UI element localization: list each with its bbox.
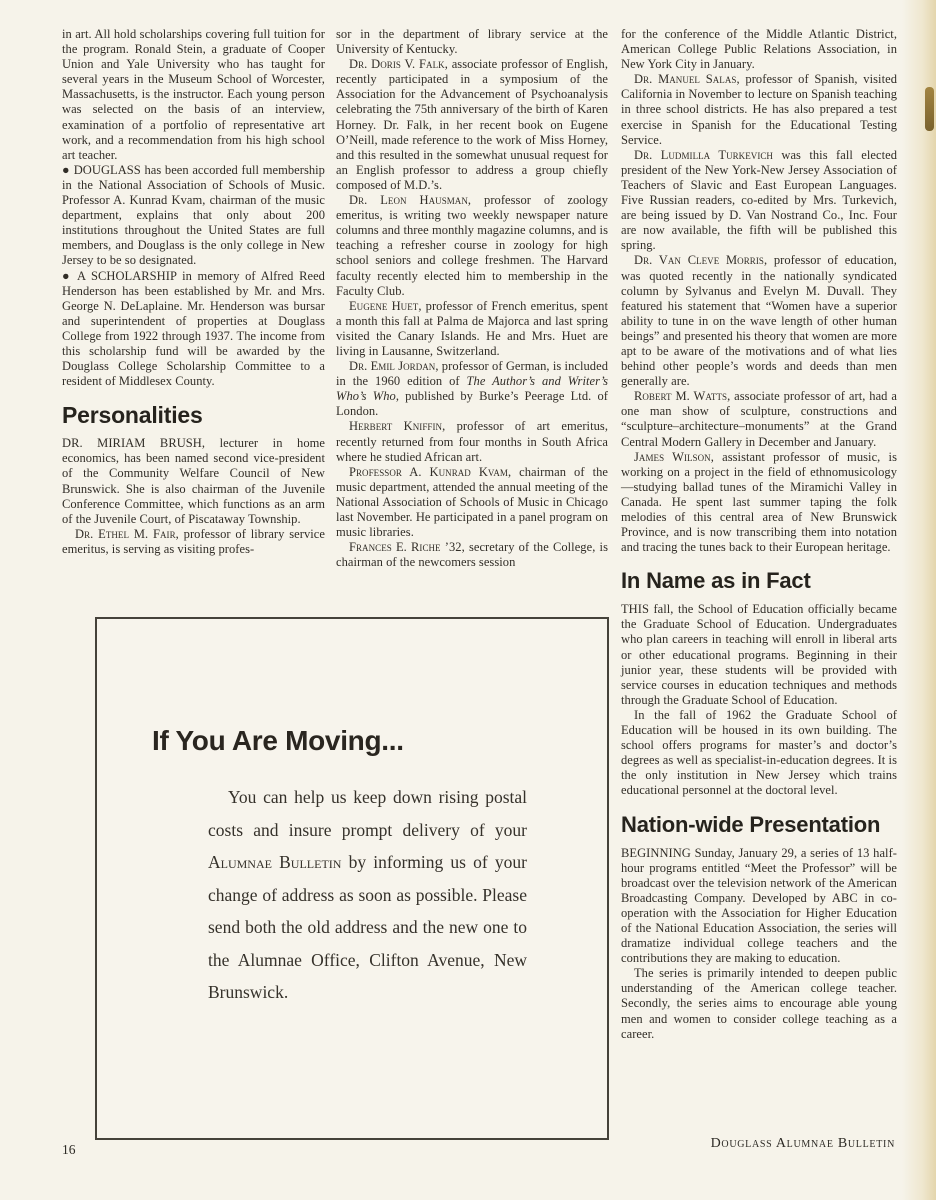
text-segment: , associate professor of English, recent… [336,57,608,192]
section-heading: Nation-wide Presentation [621,813,897,837]
text-segment: , professor of education, was quoted rec… [621,253,897,388]
text-segment: in art. All hold scholarships covering f… [62,27,325,162]
journal-name: Douglass Alumnae Bulletin [711,1136,895,1152]
paragraph: Dr. Ludmilla Turkevich was this fall ele… [621,148,897,254]
person-name: Dr. Van Cleve Morris [634,253,764,267]
section-heading: In Name as in Fact [621,569,897,593]
person-name: Dr. Ludmilla Turkevich [634,148,773,162]
paragraph: Robert M. Watts, associate professor of … [621,389,897,449]
magazine-page: in art. All hold scholarships covering f… [0,0,936,1200]
text-segment: for the conference of the Middle Atlanti… [621,27,897,71]
person-name: Herbert Kniffin [349,419,442,433]
moving-notice-title: If You Are Moving... [152,725,404,757]
paragraph: DR. MIRIAM BRUSH, lecturer in home econo… [62,436,325,527]
text-segment: ● DOUGLASS has been accorded full member… [62,163,325,268]
paragraph: Dr. Van Cleve Morris, professor of educa… [621,253,897,389]
text-segment: The series is primarily intended to deep… [621,966,897,1040]
text-segment: BEGINNING Sunday, January 29, a series o… [621,846,897,966]
person-name: Dr. Leon Hausman [349,193,468,207]
person-name: Professor A. Kunrad Kvam [349,465,508,479]
page-edge-shading [902,0,936,1200]
person-name: Frances E. Riche [349,540,441,554]
person-name: Dr. Emil Jordan [349,359,435,373]
person-name: Robert M. Watts [634,389,727,403]
paragraph: In the fall of 1962 the Graduate School … [621,708,897,799]
paragraph: Dr. Emil Jordan, professor of German, is… [336,359,608,419]
page-number: 16 [62,1142,76,1158]
paragraph: ● DOUGLASS has been accorded full member… [62,163,325,269]
person-name: James Wilson [634,450,711,464]
text-segment: by informing us of your change of addres… [208,852,527,1002]
paragraph: Herbert Kniffin, professor of art emerit… [336,419,608,464]
person-name: Dr. Manuel Salas [634,72,736,86]
text-segment: You can help us keep down rising postal … [208,787,527,840]
person-name: Dr. Doris V. Falk [349,57,445,71]
moving-notice-body: You can help us keep down rising postal … [208,781,527,1009]
paragraph: Dr. Manuel Salas, professor of Spanish, … [621,72,897,147]
paragraph: for the conference of the Middle Atlanti… [621,27,897,72]
paragraph: THIS fall, the School of Education offic… [621,602,897,708]
text-segment: In the fall of 1962 the Graduate School … [621,708,897,797]
paragraph: BEGINNING Sunday, January 29, a series o… [621,846,897,967]
person-name: Alumnae Bulletin [208,852,341,872]
paragraph: James Wilson, assistant professor of mus… [621,450,897,556]
paragraph: Dr. Ethel M. Fair, professor of library … [62,527,325,557]
text-column-middle: sor in the department of library service… [336,27,608,570]
paragraph: Frances E. Riche ’32, secretary of the C… [336,540,608,570]
paragraph: in art. All hold scholarships covering f… [62,27,325,163]
paragraph: sor in the department of library service… [336,27,608,57]
paragraph: Dr. Doris V. Falk, associate professor o… [336,57,608,193]
person-name: Dr. Ethel M. Fair [75,527,176,541]
moving-notice-box: If You Are Moving... You can help us kee… [95,617,609,1140]
text-segment: , professor of zoology emeritus, is writ… [336,193,608,298]
text-segment: , assistant professor of music, is worki… [621,450,897,555]
paragraph: ● A SCHOLARSHIP in memory of Alfred Reed… [62,269,325,390]
text-column-right: for the conference of the Middle Atlanti… [621,27,897,1042]
text-column-left: in art. All hold scholarships covering f… [62,27,325,557]
page-edge-stain [925,87,934,131]
text-segment: THIS fall, the School of Education offic… [621,602,897,707]
paragraph: The series is primarily intended to deep… [621,966,897,1041]
section-heading: Personalities [62,403,325,427]
paragraph: Dr. Leon Hausman, professor of zoology e… [336,193,608,299]
paragraph: Eugene Huet, professor of French emeritu… [336,299,608,359]
paragraph: Professor A. Kunrad Kvam, chairman of th… [336,465,608,540]
text-segment: sor in the department of library service… [336,27,608,56]
text-segment: DR. MIRIAM BRUSH, lecturer in home econo… [62,436,325,525]
text-segment: ● A SCHOLARSHIP in memory of Alfred Reed… [62,269,325,389]
text-segment: was this fall elected president of the N… [621,148,897,253]
person-name: Eugene Huet [349,299,418,313]
